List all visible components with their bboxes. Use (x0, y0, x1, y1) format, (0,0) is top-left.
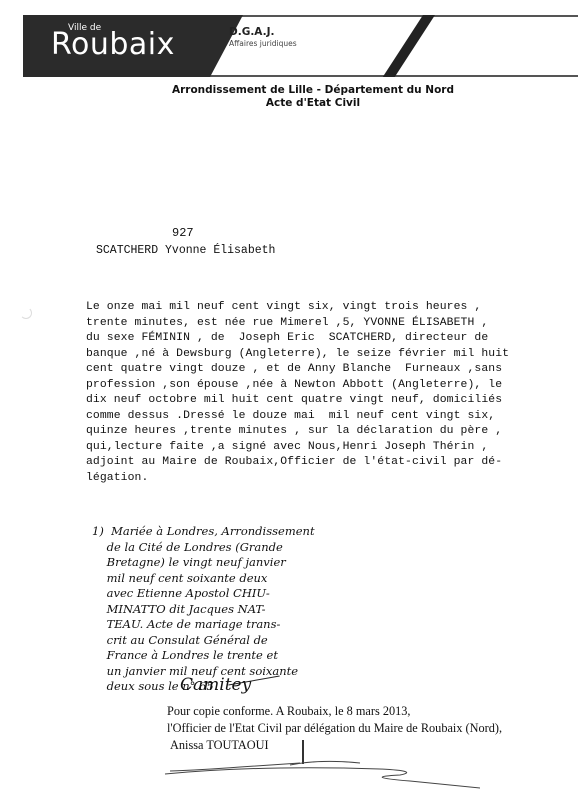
act-body-text: Le onze mai mil neuf cent vingt six, vin… (86, 300, 566, 486)
margin-note-line: de la Cité de Londres (Grande (92, 540, 352, 556)
department-name: Affaires juridiques (229, 39, 297, 48)
margin-note-line: TEAU. Acte de mariage trans- (92, 617, 352, 633)
body-line: profession ,son épouse ,née à Newton Abb… (86, 378, 566, 394)
margin-note-line: Bretagne) le vingt neuf janvier (92, 555, 352, 571)
margin-note-line: crit au Consulat Général de (92, 633, 352, 649)
body-line: comme dessus .Dressé le douze mai mil ne… (86, 409, 566, 425)
act-subject-name: SCATCHERD Yvonne Élisabeth (96, 244, 275, 257)
margin-note-line: avec Etienne Apostol CHIU- (92, 586, 352, 602)
body-line: quinze heures ,trente minutes , sur la d… (86, 424, 566, 440)
body-line: Le onze mai mil neuf cent vingt six, vin… (86, 300, 566, 316)
body-line: banque ,né à Dewsburg (Angleterre), le s… (86, 347, 566, 363)
document-title: Acte d'Etat Civil (0, 97, 578, 109)
certification-line: Pour copie conforme. A Roubaix, le 8 mar… (167, 704, 411, 719)
city-logo-text: Roubaix (51, 27, 175, 62)
margin-note-line: France à Londres le trente et (92, 648, 352, 664)
document-header-arrondissement: Arrondissement de Lille - Département du… (0, 84, 578, 96)
marriage-margin-note: 1) Mariée à Londres, Arrondissement de l… (92, 524, 352, 695)
body-line: trente minutes, est née rue Mimerel ,5, … (86, 316, 566, 332)
punch-hole-mark (20, 307, 32, 319)
margin-note-line: MINATTO dit Jacques NAT- (92, 602, 352, 618)
body-line: cent quatre vingt douze , et de Anny Bla… (86, 362, 566, 378)
officer-signature (160, 755, 480, 795)
margin-note-signature: Camitey (180, 675, 251, 695)
act-number: 927 (172, 226, 194, 240)
certification-officer-name: Anissa TOUTAOUI (170, 738, 269, 753)
margin-note-line: 1) Mariée à Londres, Arrondissement (92, 524, 352, 540)
department-code: D.G.A.J. (229, 26, 275, 38)
body-line: qui,lecture faite ,a signé avec Nous,Hen… (86, 440, 566, 456)
body-line: dix neuf octobre mil huit cent quatre vi… (86, 393, 566, 409)
body-line: du sexe FÉMININ , de Joseph Eric SCATCHE… (86, 331, 566, 347)
body-line: légation. (86, 471, 566, 487)
certification-officer: l'Officier de l'Etat Civil par délégatio… (167, 721, 502, 736)
body-line: adjoint au Maire de Roubaix,Officier de … (86, 455, 566, 471)
margin-note-line: mil neuf cent soixante deux (92, 571, 352, 587)
